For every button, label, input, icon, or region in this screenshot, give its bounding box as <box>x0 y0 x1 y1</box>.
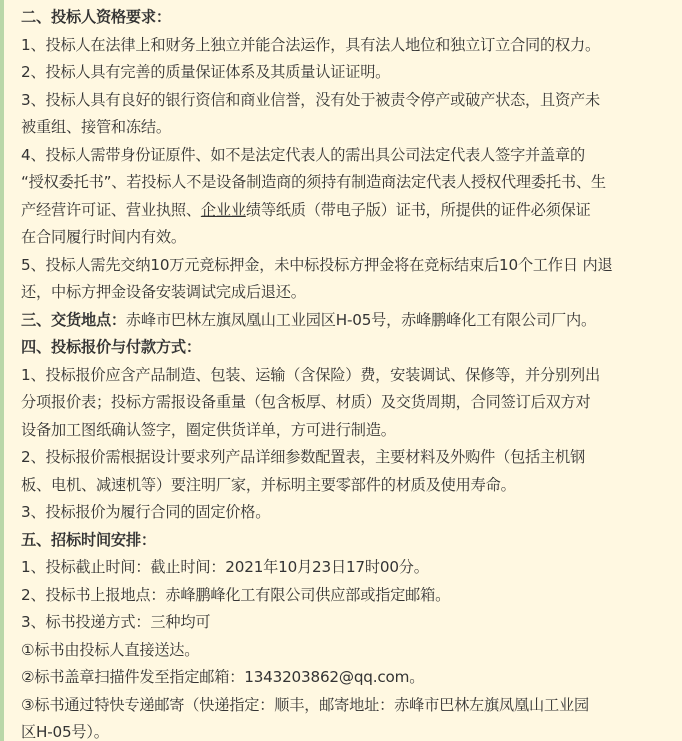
delivery-location: 三、交货地点：赤峰市巴林左旗凤凰山工业园区H-05号，赤峰鹏峰化工有限公司厂内。 <box>21 307 668 335</box>
quotation-item-2-cont: 板、电机、减速机等）要注明厂家，并标明主要零部件的材质及使用寿命。 <box>21 472 668 500</box>
quotation-item-2: 2、投标报价需根据设计要求列产品详细参数配置表，主要材料及外购件（包括主机钢 <box>21 444 668 472</box>
qualification-item-4: 4、投标人需带身份证原件、如不是法定代表人的需出具公司法定代表人签字并盖章的 <box>21 142 668 170</box>
qualification-item-2: 2、投标人具有完善的质量保证体系及其质量认证证明。 <box>21 59 668 87</box>
delivery-option-3-cont: 区H-05号）。 <box>21 719 668 741</box>
section-heading-delivery-location: 三、交货地点： <box>21 311 126 329</box>
qualification-item-4-cont: “授权委托书”、若投标人不是设备制造商的须持有制造商法定代表人授权代理委托书、生 <box>21 169 668 197</box>
delivery-option-2: ②标书盖章扫描件发至指定邮箱：1343203862@qq.com。 <box>21 664 668 692</box>
enterprise-link[interactable]: 企业业 <box>201 201 246 219</box>
delivery-option-1: ①标书由投标人直接送达。 <box>21 637 668 665</box>
quotation-item-1-cont: 分项报价表；投标方需报设备重量（包含板厚、材质）及交货周期，合同签订后双方对 <box>21 389 668 417</box>
text-segment: 产经营许可证、营业执照、 <box>21 201 201 219</box>
quotation-item-3: 3、投标报价为履行合同的固定价格。 <box>21 499 668 527</box>
section-heading-schedule: 五、招标时间安排： <box>21 527 668 555</box>
qualification-item-4-cont-2: 产经营许可证、营业执照、企业业绩等纸质（带电子版）证书，所提供的证件必须保证 <box>21 197 668 225</box>
schedule-item-submission-location: 2、投标书上报地点：赤峰鹏峰化工有限公司供应部或指定邮箱。 <box>21 582 668 610</box>
delivery-location-value: 赤峰市巴林左旗凤凰山工业园区H-05号，赤峰鹏峰化工有限公司厂内。 <box>126 311 596 329</box>
section-heading-bidder-qualifications: 二、投标人资格要求： <box>21 4 668 32</box>
quotation-item-1: 1、投标报价应含产品制造、包装、运输（含保险）费，安装调试、保修等，并分别列出 <box>21 362 668 390</box>
section-heading-quotation-payment: 四、投标报价与付款方式： <box>21 334 668 362</box>
qualification-item-4-cont-3: 在合同履行时间内有效。 <box>21 224 668 252</box>
qualification-item-3: 3、投标人具有良好的银行资信和商业信誉，没有处于被责令停产或破产状态，且资产未 <box>21 87 668 115</box>
qualification-item-5: 5、投标人需先交纳10万元竞标押金，未中标投标方押金将在竞标结束后10个工作日 … <box>21 252 668 280</box>
qualification-item-3-cont: 被重组、接管和冻结。 <box>21 114 668 142</box>
tender-notice-document: 二、投标人资格要求： 1、投标人在法律上和财务上独立并能合法运作，具有法人地位和… <box>0 0 682 741</box>
delivery-option-3: ③标书通过特快专递邮寄（快递指定：顺丰，邮寄地址：赤峰市巴林左旗凤凰山工业园 <box>21 692 668 720</box>
schedule-item-delivery-method: 3、标书投递方式：三种均可 <box>21 609 668 637</box>
qualification-item-1: 1、投标人在法律上和财务上独立并能合法运作，具有法人地位和独立订立合同的权力。 <box>21 32 668 60</box>
schedule-item-deadline: 1、投标截止时间：截止时间：2021年10月23日17时00分。 <box>21 554 668 582</box>
qualification-item-5-cont: 还，中标方押金设备安装调试完成后退还。 <box>21 279 668 307</box>
quotation-item-1-cont-2: 设备加工图纸确认签字，圈定供货详单，方可进行制造。 <box>21 417 668 445</box>
text-segment: 绩等纸质（带电子版）证书，所提供的证件必须保证 <box>246 201 591 219</box>
